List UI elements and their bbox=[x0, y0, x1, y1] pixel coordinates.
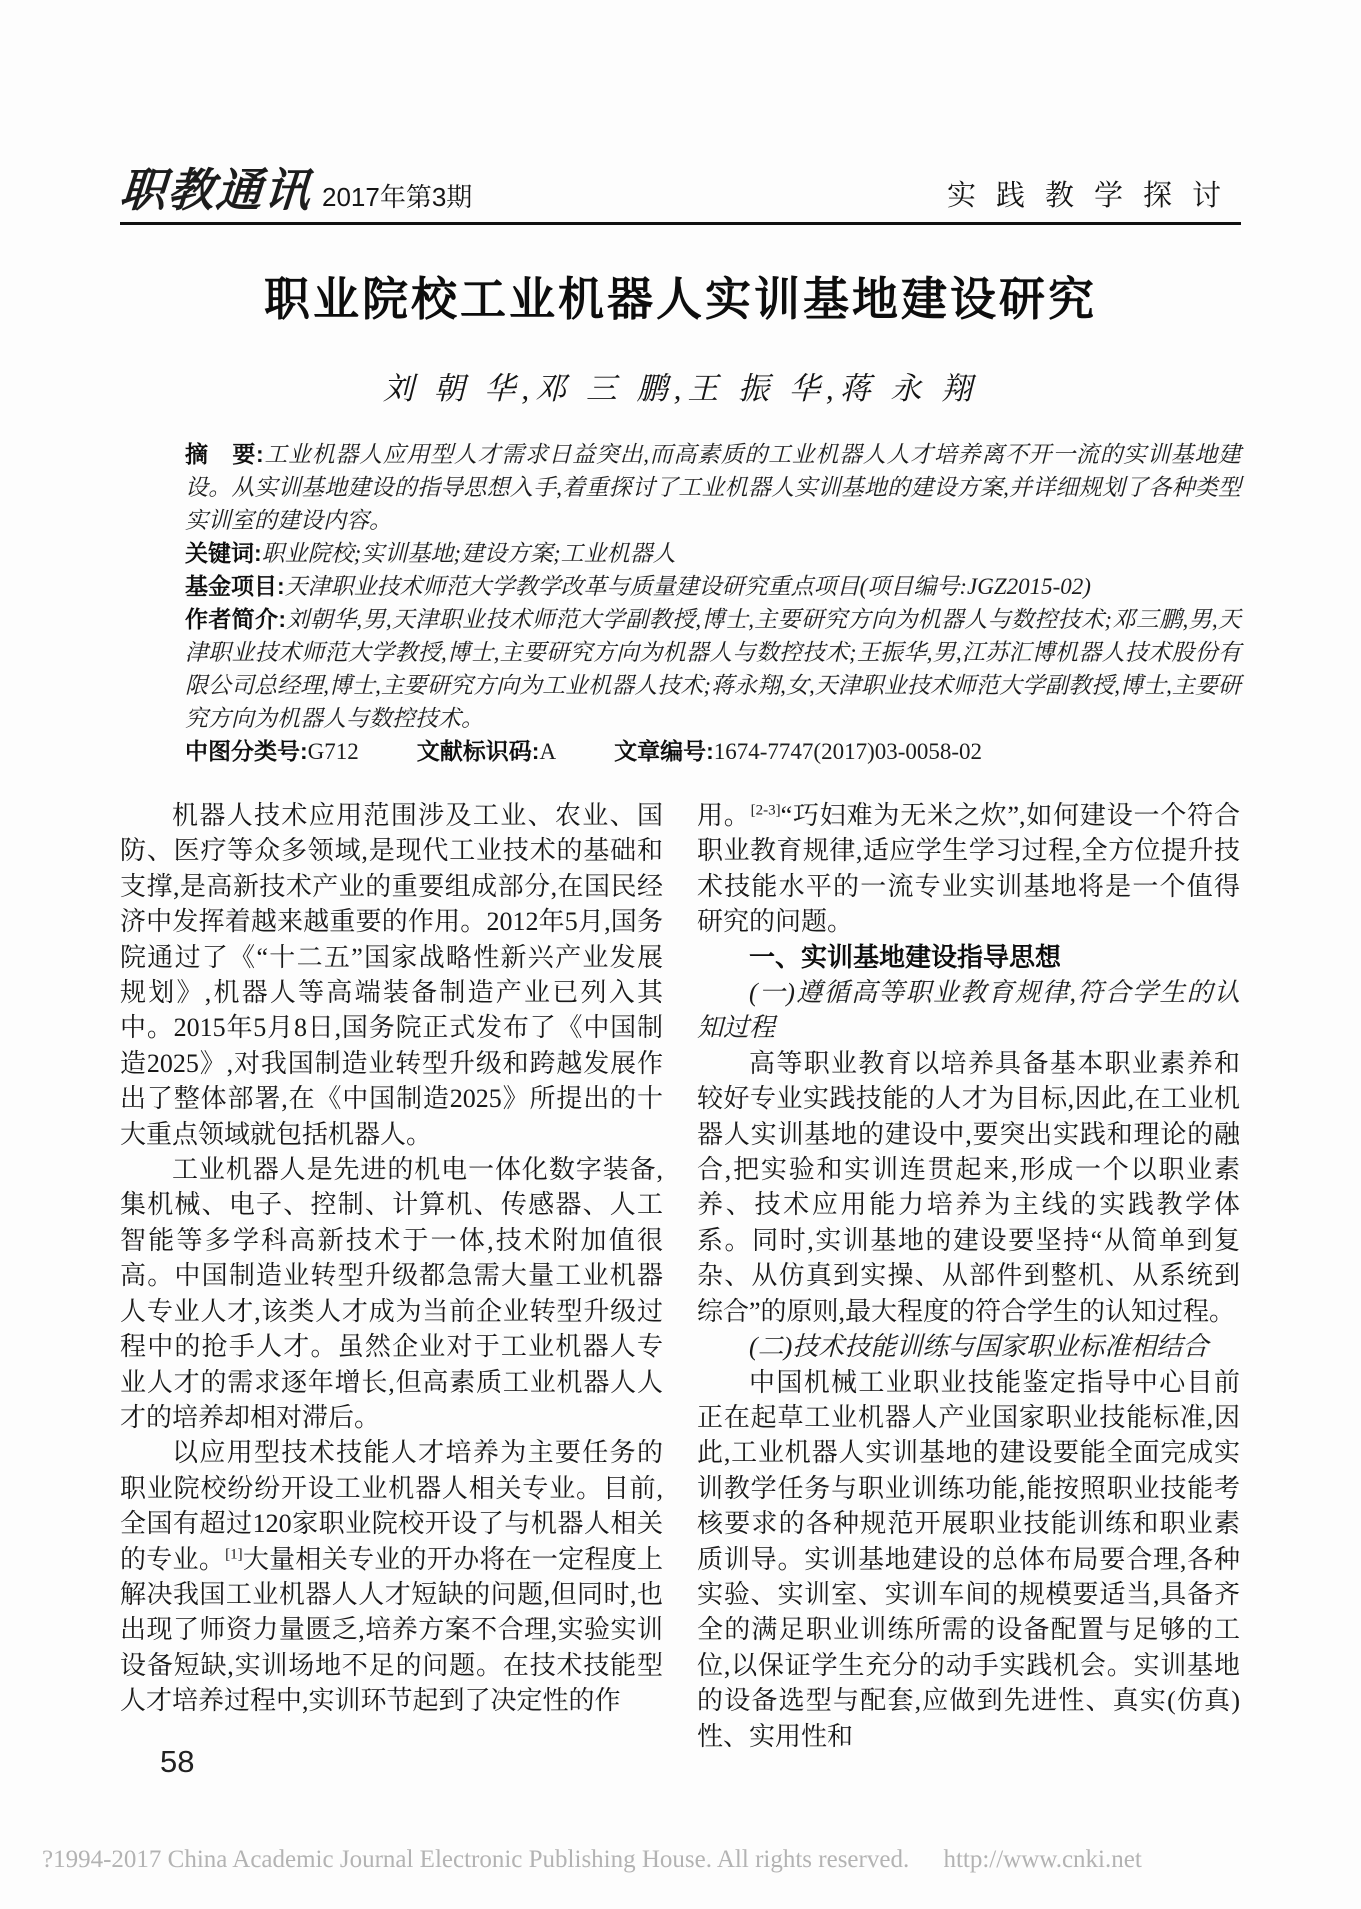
clc-value: G712 bbox=[308, 739, 359, 764]
copyright-notice: ?1994-2017 China Academic Journal Electr… bbox=[42, 1846, 1142, 1874]
paragraph-continuation: 用。[2-3]“巧妇难为无米之炊”,如何建设一个符合职业教育规律,适应学生学习过… bbox=[697, 798, 1240, 940]
bio-text: 刘朝华,男,天津职业技术师范大学副教授,博士,主要研究方向为机器人与数控技术;邓… bbox=[185, 607, 1241, 731]
author-bio: 作者简介:刘朝华,男,天津职业技术师范大学副教授,博士,主要研究方向为机器人与数… bbox=[185, 603, 1241, 735]
page-header: 职教通讯 2017年第3期 实践教学探讨 bbox=[120, 148, 1241, 225]
article-id-value: 1674-7747(2017)03-0058-02 bbox=[714, 739, 982, 764]
keywords: 关键词:职业院校;实训基地;建设方案;工业机器人 bbox=[185, 537, 1241, 570]
classification-line: 中图分类号:G712文献标识码:A文章编号:1674-7747(2017)03-… bbox=[185, 735, 1241, 768]
page-content: 职教通讯 2017年第3期 实践教学探讨 职业院校工业机器人实训基地建设研究 刘… bbox=[120, 148, 1241, 1754]
page-number: 58 bbox=[160, 1744, 194, 1780]
fund-text: 天津职业技术师范大学教学改革与质量建设研究重点项目(项目编号:JGZ2015-0… bbox=[285, 574, 1091, 599]
fund-project: 基金项目:天津职业技术师范大学教学改革与质量建设研究重点项目(项目编号:JGZ2… bbox=[185, 570, 1241, 603]
article-title: 职业院校工业机器人实训基地建设研究 bbox=[120, 263, 1241, 329]
doc-code-label: 文献标识码: bbox=[417, 738, 540, 764]
article-body: 机器人技术应用范围涉及工业、农业、国防、医疗等众多领域,是现代工业技术的基础和支… bbox=[120, 798, 1241, 1754]
article-id-label: 文章编号: bbox=[614, 738, 714, 764]
abstract: 摘 要:工业机器人应用型人才需求日益突出,而高素质的工业机器人人才培养离不开一流… bbox=[185, 438, 1241, 537]
bio-label: 作者简介: bbox=[185, 606, 286, 632]
keywords-label: 关键词: bbox=[185, 540, 262, 566]
article-meta: 摘 要:工业机器人应用型人才需求日益突出,而高素质的工业机器人人才培养离不开一流… bbox=[185, 438, 1241, 768]
clc-label: 中图分类号: bbox=[185, 738, 308, 764]
left-column: 机器人技术应用范围涉及工业、农业、国防、医疗等众多领域,是现代工业技术的基础和支… bbox=[120, 798, 663, 1754]
paragraph: 机器人技术应用范围涉及工业、农业、国防、医疗等众多领域,是现代工业技术的基础和支… bbox=[120, 798, 663, 1152]
article-authors: 刘 朝 华,邓 三 鹏,王 振 华,蒋 永 翔 bbox=[120, 363, 1241, 408]
fund-label: 基金项目: bbox=[185, 573, 285, 599]
keywords-text: 职业院校;实训基地;建设方案;工业机器人 bbox=[262, 541, 676, 566]
journal-logo: 职教通讯 bbox=[118, 167, 313, 213]
header-left: 职教通讯 2017年第3期 bbox=[120, 167, 472, 214]
subsection-heading: (一)遵循高等职业教育规律,符合学生的认知过程 bbox=[697, 975, 1240, 1046]
section-heading: 一、实训基地建设指导思想 bbox=[697, 940, 1240, 975]
citation-ref: [1] bbox=[225, 1546, 243, 1562]
paragraph: 中国机械工业职业技能鉴定指导中心目前正在起草工业机器人产业国家职业技能标准,因此… bbox=[697, 1365, 1240, 1754]
paragraph: 工业机器人是先进的机电一体化数字装备,集机械、电子、控制、计算机、传感器、人工智… bbox=[120, 1152, 663, 1435]
subsection-heading: (二)技术技能训练与国家职业标准相结合 bbox=[697, 1329, 1240, 1364]
section-title: 实践教学探讨 bbox=[947, 173, 1241, 214]
citation-ref: [2-3] bbox=[751, 802, 781, 818]
abstract-label: 摘 要: bbox=[185, 441, 264, 467]
paragraph: 高等职业教育以培养具备基本职业素养和较好专业实践技能的人才为目标,因此,在工业机… bbox=[697, 1046, 1240, 1329]
paragraph-text: “巧妇难为无米之炊”,如何建设一个符合职业教育规律,适应学生学习过程,全方位提升… bbox=[697, 801, 1240, 936]
right-column: 用。[2-3]“巧妇难为无米之炊”,如何建设一个符合职业教育规律,适应学生学习过… bbox=[697, 798, 1240, 1754]
paragraph: 以应用型技术技能人才培养为主要任务的职业院校纷纷开设工业机器人相关专业。目前,全… bbox=[120, 1435, 663, 1718]
abstract-text: 工业机器人应用型人才需求日益突出,而高素质的工业机器人人才培养离不开一流的实训基… bbox=[185, 442, 1241, 533]
doc-code-value: A bbox=[539, 739, 556, 764]
paragraph-text: 用。 bbox=[697, 801, 751, 830]
journal-page: 职教通讯 2017年第3期 实践教学探讨 职业院校工业机器人实训基地建设研究 刘… bbox=[0, 0, 1361, 1909]
copyright-text: ?1994-2017 China Academic Journal Electr… bbox=[42, 1846, 909, 1873]
journal-issue: 2017年第3期 bbox=[322, 177, 472, 214]
cnki-url: http://www.cnki.net bbox=[943, 1846, 1141, 1873]
